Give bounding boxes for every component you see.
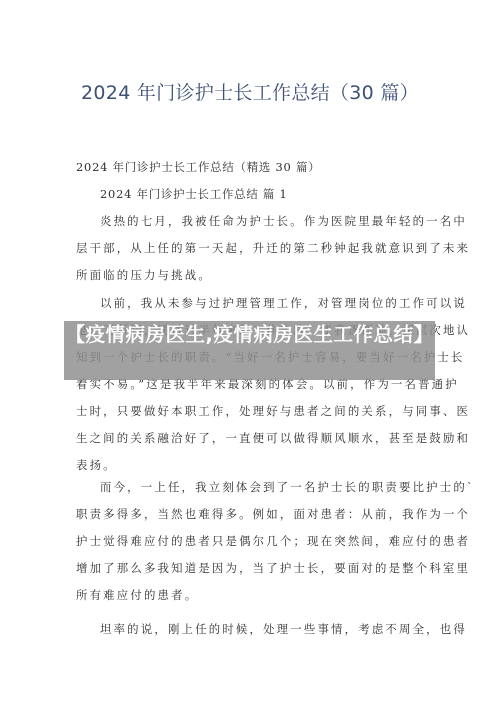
paragraph-line: 所有难应付的患者。 (76, 588, 198, 602)
paragraph-line: 生之间的关系融洽好了，一直便可以做得顺风顺水，甚至是鼓励和 (76, 431, 470, 445)
paragraph-line: 层干部，从上任的第一天起，升迁的第二秒钟起我就意识到了未来 (76, 241, 470, 255)
document-page: 2024 年门诊护士长工作总结（30 篇） 2024 年门诊护士长工作总结（精选… (0, 0, 500, 706)
paragraph-line: 以前，我从未参与过护理管理工作，对管理岗位的工作可以说 (100, 296, 467, 310)
paragraph-line: 护士觉得难应付的患者只是偶尔几个；现在突然间，难应付的患者 (76, 534, 470, 548)
document-title: 2024 年门诊护士长工作总结（30 篇） (0, 78, 500, 105)
paragraph-line: 坦率的说，刚上任的时候，处理一些事情，考虑不周全，也得 (100, 622, 467, 636)
paragraph-line: 职责多得多，当然也难得多。例如，面对患者：从前，我作为一个 (76, 507, 470, 521)
overlay-caption: 【疫情病房医生,疫情病房医生工作总结】 (64, 323, 435, 347)
paragraph-line: 士时，只要做好本职工作，处理好与患者之间的关系，与同事、医 (76, 404, 470, 418)
document-subtitle: 2024 年门诊护士长工作总结（精选 30 篇） (76, 160, 320, 174)
paragraph-line: 表扬。 (76, 458, 117, 472)
section-heading: 2024 年门诊护士长工作总结 篇 1 (100, 187, 288, 201)
paragraph-line: 增加了那么多我知道是因为，当了护士长，要面对的是整个科室里 (76, 561, 470, 575)
paragraph-line: 而今，一上任，我立刻体会到了一名护士长的职责要比护士的` (100, 480, 475, 494)
paragraph-line: 所面临的压力与挑战。 (76, 268, 212, 282)
paragraph-line: 炎热的七月，我被任命为护士长。作为医院里最年轻的一名中 (100, 214, 467, 228)
